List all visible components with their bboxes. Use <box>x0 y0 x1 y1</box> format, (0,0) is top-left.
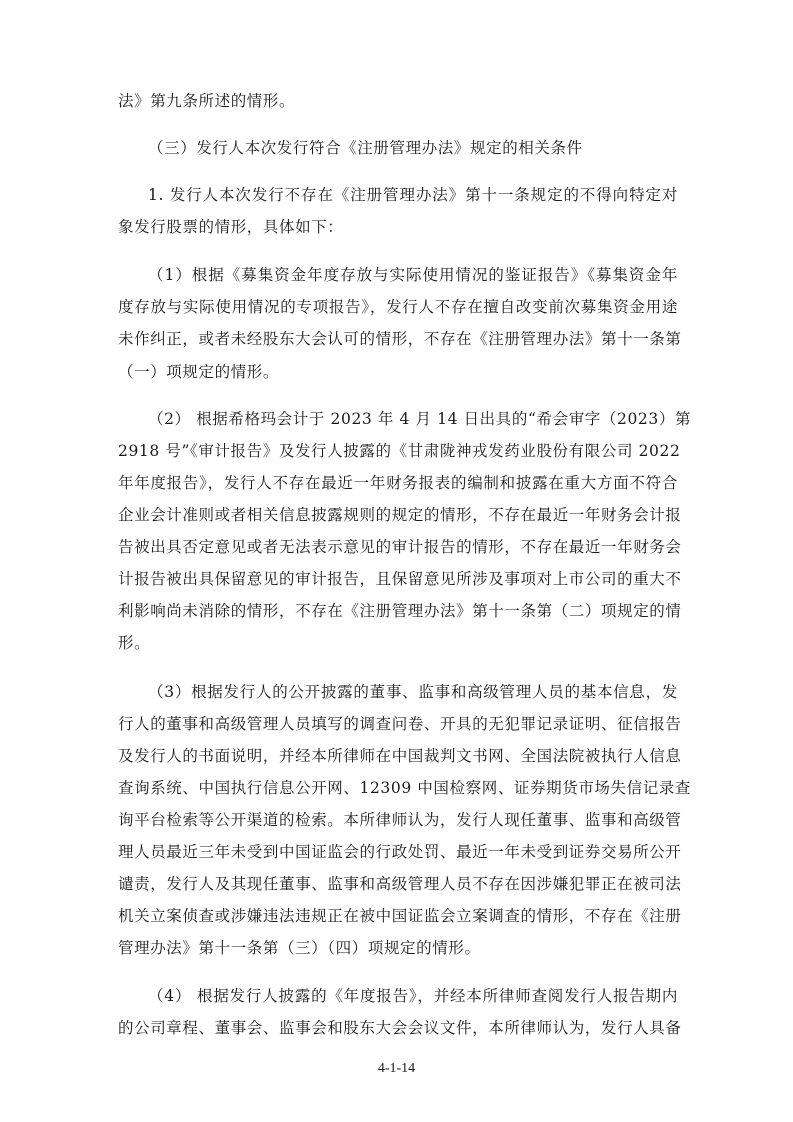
text-line: 2918 号”《审计报告》及发行人披露的《甘肃陇神戎发药业股份有限公司 2022 <box>118 441 678 461</box>
text-line: 的公司章程、董事会、监事会和股东大会会议文件，本所律师认为，发行人具备 <box>118 1018 678 1038</box>
text-line: （三）发行人本次发行符合《注册管理办法》规定的相关条件 <box>148 138 678 158</box>
text-line: 告被出具否定意见或者无法表示意见的审计报告的情形，不存在最近一年财务会 <box>118 537 678 557</box>
text-line: 查询系统、中国执行信息公开网、12309 中国检察网、证券期货市场失信记录查 <box>118 778 678 798</box>
text-line: （2） 根据希格玛会计于 2023 年 4 月 14 日出具的“希会审字（202… <box>148 409 678 429</box>
text-line: 利影响尚未消除的情形，不存在《注册管理办法》第十一条第（二）项规定的情 <box>118 601 678 621</box>
text-line: 象发行股票的情形，具体如下： <box>118 217 678 237</box>
text-line: 形。 <box>118 633 678 653</box>
text-line: 行人的董事和高级管理人员填写的调查问卷、开具的无犯罪记录证明、征信报告 <box>118 714 678 734</box>
text-line: （3）根据发行人的公开披露的董事、监事和高级管理人员的基本信息，发 <box>148 682 678 702</box>
text-line: 管理办法》第十一条第（三）（四）项规定的情形。 <box>118 938 678 958</box>
text-line: 机关立案侦查或涉嫌违法违规正在被中国证监会立案调查的情形，不存在《注册 <box>118 906 678 926</box>
text-line: 询平台检索等公开渠道的检索。本所律师认为，发行人现任董事、监事和高级管 <box>118 810 678 830</box>
text-line: （一）项规定的情形。 <box>118 362 678 382</box>
text-line: 计报告被出具保留意见的审计报告，且保留意见所涉及事项对上市公司的重大不 <box>118 569 678 589</box>
text-line: 企业会计准则或者相关信息披露规则的规定的情形，不存在最近一年财务会计报 <box>118 505 678 525</box>
text-line: 度存放与实际使用情况的专项报告》，发行人不存在擅自改变前次募集资金用途 <box>118 297 678 317</box>
text-line: （4） 根据发行人披露的《年度报告》，并经本所律师查阅发行人报告期内 <box>148 986 678 1006</box>
text-line: 及发行人的书面说明，并经本所律师在中国裁判文书网、全国法院被执行人信息 <box>118 746 678 766</box>
text-line: 理人员最近三年未受到中国证监会的行政处罚、最近一年未受到证券交易所公开 <box>118 842 678 862</box>
text-line: （1）根据《募集资金年度存放与实际使用情况的鉴证报告》《募集资金年 <box>148 265 678 285</box>
page-number: 4-1-14 <box>0 1061 793 1077</box>
text-line: 谴责，发行人及其现任董事、监事和高级管理人员不存在因涉嫌犯罪正在被司法 <box>118 874 678 894</box>
text-line: 未作纠正，或者未经股东大会认可的情形，不存在《注册管理办法》第十一条第 <box>118 329 678 349</box>
text-line: 法》第九条所述的情形。 <box>118 91 678 111</box>
text-line: 1. 发行人本次发行不存在《注册管理办法》第十一条规定的不得向特定对 <box>148 185 678 205</box>
text-line: 年年度报告》，发行人不存在最近一年财务报表的编制和披露在重大方面不符合 <box>118 473 678 493</box>
document-page: 法》第九条所述的情形。（三）发行人本次发行符合《注册管理办法》规定的相关条件1.… <box>0 0 793 1122</box>
